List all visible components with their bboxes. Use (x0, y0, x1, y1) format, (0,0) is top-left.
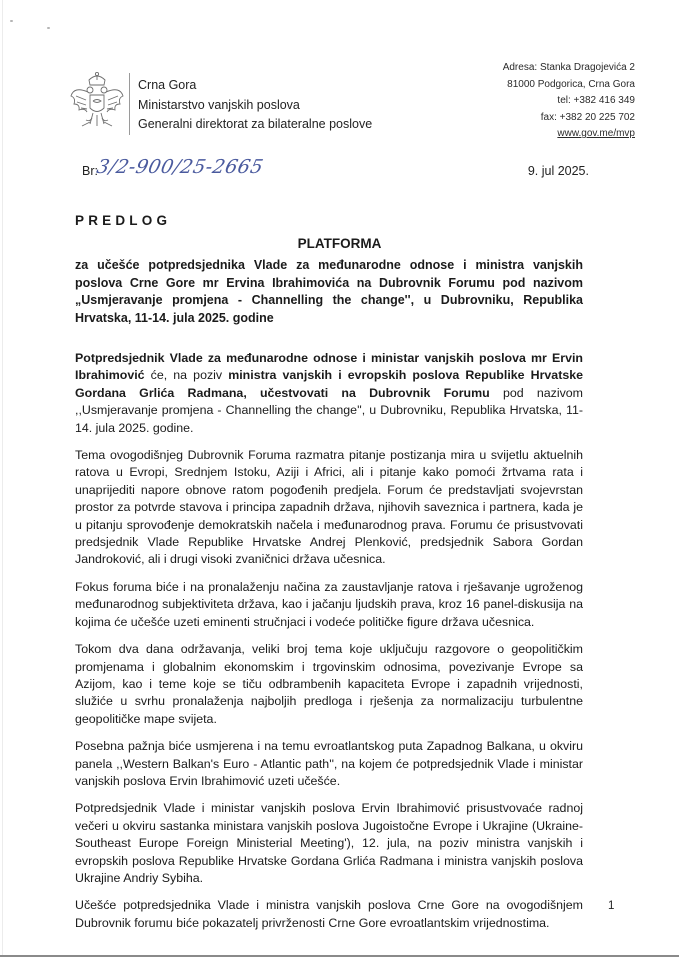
page-edge-bottom (0, 955, 679, 957)
contact-block: Adresa: Stanka Dragojevića 2 81000 Podgo… (503, 60, 635, 143)
intro-paragraph: Potpredsjednik Vlade za međunarodne odno… (75, 350, 583, 437)
contact-address: Adresa: Stanka Dragojevića 2 (503, 60, 635, 77)
body-paragraph: Tokom dva dana održavanja, veliki broj t… (75, 641, 583, 728)
org-directorate: Generalni direktorat za bilateralne posl… (138, 115, 372, 135)
body-paragraph: Potpredsjednik Vlade i ministar vanjskih… (75, 800, 583, 887)
contact-website-link[interactable]: www.gov.me/mvp (503, 126, 635, 143)
document-title: PLATFORMA (0, 236, 679, 251)
page-edge-left (2, 0, 3, 955)
page-number: 1 (608, 900, 614, 912)
body-paragraph: Fokus foruma biće i na pronalaženju nači… (75, 579, 583, 631)
letterhead-divider (129, 73, 130, 135)
document-date: 9. jul 2025. (528, 164, 589, 178)
body-paragraph: Tema ovogodišnjeg Dubrovnik Foruma razma… (75, 447, 583, 569)
document-subtitle: za učešće potpredsjednika Vlade za međun… (75, 257, 583, 327)
contact-city: 81000 Podgorica, Crna Gora (503, 77, 635, 94)
contact-fax: fax: +382 20 225 702 (503, 110, 635, 127)
intro-text-1: će, na poziv (145, 368, 229, 382)
organization-block: Crna Gora Ministarstvo vanjskih poslova … (138, 76, 372, 135)
document-body: Potpredsjednik Vlade za međunarodne odno… (75, 350, 583, 942)
body-paragraph: Posebna pažnja biće usmjerena i na temu … (75, 738, 583, 790)
document-kind: PREDLOG (75, 213, 171, 228)
scan-artifact (47, 27, 50, 29)
contact-tel: tel: +382 416 349 (503, 93, 635, 110)
body-paragraph: Učešće potpredsjednika Vlade i ministra … (75, 897, 583, 932)
montenegro-coat-of-arms-icon (68, 70, 126, 134)
handwritten-reference-number: 3/2-900/25-2665 (95, 156, 266, 178)
scan-artifact (10, 20, 13, 22)
org-country: Crna Gora (138, 76, 372, 96)
org-ministry: Ministarstvo vanjskih poslova (138, 96, 372, 116)
